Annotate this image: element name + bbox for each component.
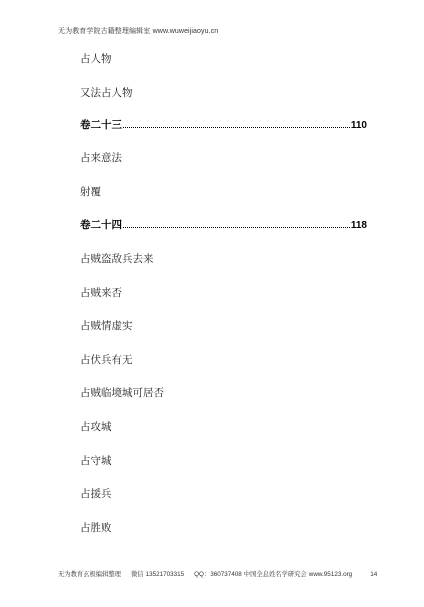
toc-item-title: 射覆: [80, 186, 101, 198]
toc-chapter-page: 118: [351, 219, 367, 233]
toc-item[interactable]: 占援兵: [80, 487, 112, 501]
toc-item-title: 占来意法: [80, 152, 122, 164]
footer-society: 中国全息姓名学研究会: [244, 571, 307, 578]
toc-item[interactable]: 占守城: [80, 454, 112, 468]
toc-item-title: 占攻城: [80, 421, 112, 433]
toc-item[interactable]: 又法占人物: [80, 86, 133, 100]
toc-item[interactable]: 占伏兵有无: [80, 353, 133, 367]
footer-site[interactable]: www.95123.org: [309, 571, 352, 578]
dot-leader: [123, 127, 350, 128]
dot-leader: [123, 227, 350, 228]
header-org: 无为教育学院古籍整理编辑室: [58, 27, 150, 35]
toc-item-title: 占贼情虚实: [80, 320, 133, 332]
toc-chapter[interactable]: 卷二十三 110: [80, 118, 367, 133]
toc-chapter-page: 110: [351, 119, 367, 133]
footer-qq-label: QQ：: [194, 571, 210, 578]
toc-item-title: 占守城: [80, 455, 112, 467]
toc-chapter-title: 卷二十三: [80, 118, 122, 132]
toc-item[interactable]: 占来意法: [80, 151, 122, 165]
toc-item-title: 占伏兵有无: [80, 354, 133, 366]
toc-item-title: 占援兵: [80, 488, 112, 500]
toc-item[interactable]: 占攻城: [80, 420, 112, 434]
toc-item-title: 占人物: [80, 53, 112, 65]
footer-qq: 360737408: [210, 571, 242, 578]
toc-item[interactable]: 占贼情虚实: [80, 319, 133, 333]
toc-item[interactable]: 占人物: [80, 52, 112, 66]
toc-item-title: 占胜败: [80, 522, 112, 534]
toc-item[interactable]: 占胜败: [80, 521, 112, 535]
toc-item-title: 占贼临境城可居否: [80, 387, 164, 399]
header-url[interactable]: www.wuweijiaoyu.cn: [153, 28, 219, 35]
footer-wechat: 13521703315: [146, 571, 185, 578]
page-footer: 无为教育玄极编辑整理 微信 13521703315 QQ：360737408 中…: [58, 569, 377, 578]
toc-chapter[interactable]: 卷二十四 118: [80, 218, 367, 233]
toc-item-title: 又法占人物: [80, 87, 133, 99]
toc-item[interactable]: 占贼临境城可居否: [80, 386, 164, 400]
page-header: 无为教育学院古籍整理编辑室 www.wuweijiaoyu.cn: [58, 26, 218, 36]
toc-item[interactable]: 占贼来否: [80, 286, 122, 300]
page-number: 14: [370, 571, 377, 578]
footer-wechat-label: 微信: [131, 571, 144, 578]
toc-item-title: 占贼盗敌兵去来: [80, 253, 154, 265]
toc-item[interactable]: 射覆: [80, 185, 101, 199]
toc-item[interactable]: 占贼盗敌兵去来: [80, 252, 154, 266]
toc-item-title: 占贼来否: [80, 287, 122, 299]
footer-editor: 无为教育玄极编辑整理: [58, 571, 121, 578]
toc-chapter-title: 卷二十四: [80, 218, 122, 232]
